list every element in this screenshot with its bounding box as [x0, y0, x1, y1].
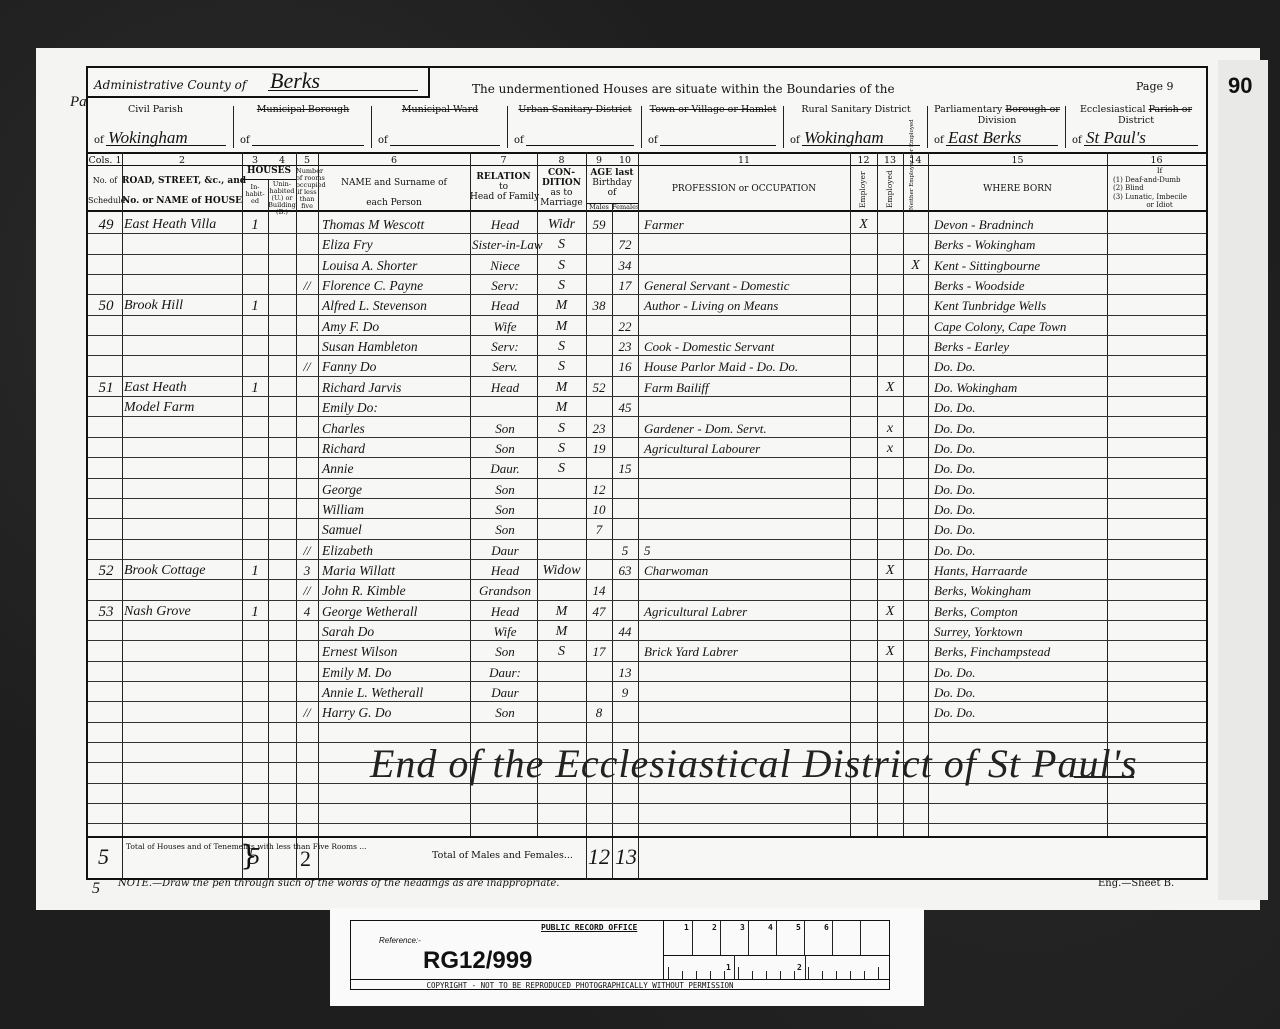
header-neither: Neither Employer nor Employed: [907, 168, 923, 210]
cell-occupation: [644, 316, 850, 336]
header-infirmity: If (1) Deaf-and-Dumb (2) Blind (3) Lunat…: [1107, 167, 1206, 210]
table-row: 51East Heath1Richard JarvisHeadM52Farm B…: [88, 377, 1206, 397]
cell-inhabited: [242, 662, 268, 682]
col-number: 8: [537, 155, 586, 166]
cell-age-f: 17: [612, 275, 638, 295]
cell-occupation: [644, 479, 850, 499]
cell-condition: S: [537, 255, 586, 275]
column-number-strip: Cols. 1 2 3 4 5 6 7 8 9 10 11 12 13 14 1…: [88, 152, 1206, 166]
cell-age-m: [586, 356, 612, 376]
cell-age-f: 22: [612, 316, 638, 336]
of-label: of: [790, 135, 800, 146]
cell-relation: Son: [472, 438, 538, 458]
ruler-cm-label: 1: [684, 923, 689, 932]
cell-born: Berks, Wokingham: [934, 580, 1107, 600]
header-rooms: Numberof roomsoccupiedif lessthanfive: [296, 168, 318, 210]
cell-relation: Son: [472, 479, 538, 499]
cell-infirmity: [1107, 621, 1206, 641]
cell-schedule: [90, 356, 122, 376]
cell-employer: [850, 275, 877, 295]
table-row: Amy F. DoWifeM22Cape Colony, Cape Town: [88, 316, 1206, 336]
of-label: of: [648, 135, 658, 146]
cell-relation: Serv:: [472, 275, 538, 295]
cell-inhabited: [242, 682, 268, 702]
cell-name: Richard: [322, 438, 472, 458]
ruler-tick: [724, 971, 725, 979]
cell-age-m: 38: [586, 295, 612, 315]
cell-name: Alfred L. Stevenson: [322, 295, 472, 315]
cell-uninhabited: [268, 397, 296, 417]
public-record-office-stamp: PUBLIC RECORD OFFICE Reference:- RG12/99…: [330, 908, 924, 1006]
ruler-cm-label: 6: [824, 923, 829, 932]
cell-neither: [903, 377, 928, 397]
cell-name: Florence C. Payne: [322, 275, 472, 295]
cell-address: East Heath: [124, 377, 242, 397]
cell-address: [124, 336, 242, 356]
cell-occupation: [644, 255, 850, 275]
cell-schedule: [90, 682, 122, 702]
header-employer: Employer: [858, 172, 868, 208]
cell-schedule: [90, 275, 122, 295]
cell-rooms: [296, 397, 318, 417]
cell-relation: Son: [472, 418, 538, 438]
cell-age-f: 44: [612, 621, 638, 641]
cell-rooms: [296, 682, 318, 702]
cell-uninhabited: [268, 255, 296, 275]
col-number: 14: [903, 155, 928, 166]
adjacent-page-edge: [1218, 60, 1268, 900]
cell-name: Annie: [322, 458, 472, 478]
cell-rooms: //: [296, 702, 318, 722]
cell-employed: [877, 214, 903, 234]
cell-employer: [850, 519, 877, 539]
cell-employed: [877, 356, 903, 376]
cell-occupation: [644, 702, 850, 722]
cell-occupation: [644, 519, 850, 539]
cell-condition: S: [537, 438, 586, 458]
district-label: Town or Village or Hamlet: [642, 104, 784, 115]
district-civil-parish: Civil Parish of Wokingham: [88, 100, 234, 152]
cell-relation: Serv:: [472, 336, 538, 356]
cell-infirmity: [1107, 336, 1206, 356]
cell-inhabited: [242, 336, 268, 356]
pro-title: PUBLIC RECORD OFFICE: [541, 923, 637, 932]
cell-inhabited: [242, 540, 268, 560]
cell-condition: [537, 479, 586, 499]
cell-address: [124, 499, 242, 519]
cell-infirmity: [1107, 418, 1206, 438]
cell-address: [124, 662, 242, 682]
district-ecclesiastical: Ecclesiastical Parish or District of St …: [1066, 100, 1206, 152]
cell-address: [124, 418, 242, 438]
table-row: Eliza FrySister-in-LawS72Berks - Wokingh…: [88, 234, 1206, 254]
of-label: of: [514, 135, 524, 146]
cell-relation: Daur.: [472, 458, 538, 478]
col-number: 4: [268, 155, 296, 166]
cell-rooms: 4: [296, 601, 318, 621]
header-relation: RELATIONtoHead of Family: [470, 172, 537, 202]
males-total: 12: [588, 844, 610, 870]
cell-condition: S: [537, 234, 586, 254]
header-where-born: WHERE BORN: [928, 184, 1107, 194]
cell-occupation: Author - Living on Means: [644, 295, 850, 315]
cell-condition: Widow: [537, 560, 586, 580]
cell-rooms: //: [296, 580, 318, 600]
cell-employed: [877, 295, 903, 315]
cell-employer: [850, 438, 877, 458]
cell-born: Do. Do.: [934, 397, 1107, 417]
cell-employed: [877, 255, 903, 275]
cell-inhabited: [242, 275, 268, 295]
ruler-tick: [710, 971, 711, 979]
cell-uninhabited: [268, 234, 296, 254]
cell-neither: [903, 662, 928, 682]
county-label: Administrative County of: [94, 78, 246, 92]
cell-inhabited: 1: [242, 560, 268, 580]
cell-born: Kent - Sittingbourne: [934, 255, 1107, 275]
copyright-notice: COPYRIGHT - NOT TO BE REPRODUCED PHOTOGR…: [351, 979, 889, 991]
cell-neither: [903, 275, 928, 295]
header-females: Females: [612, 203, 638, 211]
cell-age-f: 34: [612, 255, 638, 275]
col-number: Cols. 1: [88, 155, 122, 166]
district-label: Rural Sanitary District: [784, 104, 928, 115]
cell-age-m: [586, 662, 612, 682]
district-label-struck: Parish or: [1149, 104, 1192, 115]
cell-address: [124, 682, 242, 702]
cell-occupation: Agricultural Labrer: [644, 601, 850, 621]
cell-born: Berks - Wokingham: [934, 234, 1107, 254]
census-form: Administrative County of Berks The under…: [86, 66, 1208, 880]
cell-infirmity: [1107, 377, 1206, 397]
col-number: 9: [586, 155, 612, 166]
cell-inhabited: 1: [242, 214, 268, 234]
header-houses: HOUSES: [242, 166, 296, 180]
cell-relation: Serv.: [472, 356, 538, 376]
cell-inhabited: [242, 234, 268, 254]
cell-age-f: 23: [612, 336, 638, 356]
cell-address: [124, 255, 242, 275]
cell-employer: [850, 479, 877, 499]
cell-age-f: 16: [612, 356, 638, 376]
district-label-struck: Borough or: [1005, 104, 1060, 115]
ruler-tick: [766, 971, 767, 979]
cell-condition: M: [537, 316, 586, 336]
of-label: of: [1072, 135, 1082, 146]
cell-age-f: 15: [612, 458, 638, 478]
cell-occupation: [644, 662, 850, 682]
district-label: Municipal Borough: [234, 104, 372, 115]
cell-age-m: [586, 458, 612, 478]
cell-occupation: Cook - Domestic Servant: [644, 336, 850, 356]
cell-employed: X: [877, 377, 903, 397]
cell-relation: Son: [472, 641, 538, 661]
header-age: AGE lastBirthdayof: [586, 168, 638, 198]
cell-age-f: 5: [612, 540, 638, 560]
cell-neither: [903, 601, 928, 621]
cell-infirmity: [1107, 601, 1206, 621]
district-parliamentary: Parliamentary Borough or Division of Eas…: [928, 100, 1066, 152]
cell-born: Do. Do.: [934, 499, 1107, 519]
cell-address: [124, 479, 242, 499]
cell-rooms: [296, 336, 318, 356]
cell-schedule: [90, 580, 122, 600]
cell-age-f: [612, 214, 638, 234]
cell-employer: [850, 662, 877, 682]
cell-rooms: [296, 295, 318, 315]
cell-age-m: [586, 397, 612, 417]
cell-rooms: [296, 316, 318, 336]
cell-infirmity: [1107, 275, 1206, 295]
cell-age-f: [612, 438, 638, 458]
cell-uninhabited: [268, 479, 296, 499]
cell-name: Sarah Do: [322, 621, 472, 641]
cell-rooms: [296, 214, 318, 234]
schedule-total: 5: [98, 844, 109, 870]
cell-condition: [537, 702, 586, 722]
of-label: of: [240, 135, 250, 146]
district-label: Parliamentary: [934, 104, 1002, 115]
cell-infirmity: [1107, 397, 1206, 417]
cell-inhabited: [242, 255, 268, 275]
cell-schedule: [90, 621, 122, 641]
end-note-dash: [1074, 776, 1134, 778]
cell-uninhabited: [268, 275, 296, 295]
cell-born: Berks, Finchampstead: [934, 641, 1107, 661]
col-number: 16: [1107, 155, 1206, 166]
cell-rooms: [296, 377, 318, 397]
cell-age-f: 72: [612, 234, 638, 254]
table-row: //ElizabethDaur55Do. Do.: [88, 540, 1206, 560]
cell-neither: [903, 316, 928, 336]
ruler-cm-label: 3: [740, 923, 745, 932]
reference-label: Reference:-: [379, 936, 421, 945]
table-row: Sarah DoWifeM44Surrey, Yorktown: [88, 621, 1206, 641]
header-occupation: PROFESSION or OCCUPATION: [638, 184, 850, 194]
cell-age-m: [586, 316, 612, 336]
cell-born: Do. Do.: [934, 418, 1107, 438]
cell-age-m: [586, 540, 612, 560]
cell-rooms: [296, 519, 318, 539]
cell-infirmity: [1107, 641, 1206, 661]
rural-sanitary-value: Wokingham: [804, 128, 884, 148]
cell-occupation: [644, 397, 850, 417]
totals-row: 5 Total of Houses and of Tenements with …: [88, 836, 1206, 880]
cell-condition: M: [537, 397, 586, 417]
scale-ruler: 1 2 3 4 5 6 1 2: [663, 921, 889, 979]
cell-employed: X: [877, 641, 903, 661]
cell-employed: [877, 234, 903, 254]
cell-condition: S: [537, 336, 586, 356]
cell-name: Fanny Do: [322, 356, 472, 376]
ruler-cm-label: 4: [768, 923, 773, 932]
table-row: //Fanny DoServ.S16House Parlor Maid - Do…: [88, 356, 1206, 376]
cell-address: Brook Hill: [124, 295, 242, 315]
cell-neither: [903, 702, 928, 722]
cell-condition: M: [537, 621, 586, 641]
cell-age-m: 10: [586, 499, 612, 519]
cell-age-m: 47: [586, 601, 612, 621]
cell-condition: S: [537, 458, 586, 478]
table-row: WilliamSon10Do. Do.: [88, 499, 1206, 519]
cell-relation: Daur:: [472, 662, 538, 682]
cell-infirmity: [1107, 316, 1206, 336]
cell-name: Samuel: [322, 519, 472, 539]
cell-age-f: [612, 641, 638, 661]
cell-address: [124, 316, 242, 336]
cell-rooms: 3: [296, 560, 318, 580]
district-label: Municipal Ward: [372, 104, 508, 115]
cell-neither: [903, 641, 928, 661]
cell-employer: [850, 702, 877, 722]
cell-employer: [850, 580, 877, 600]
inhabited-total: 5: [248, 844, 260, 871]
cell-uninhabited: [268, 458, 296, 478]
margin-count-mark: 5: [92, 880, 100, 898]
civil-parish-value: Wokingham: [108, 128, 188, 148]
ruler-tick: [738, 967, 739, 979]
cell-name: Susan Hambleton: [322, 336, 472, 356]
cell-occupation: [644, 621, 850, 641]
cell-name: George: [322, 479, 472, 499]
table-row: AnnieDaur.S15Do. Do.: [88, 458, 1206, 478]
cell-condition: [537, 682, 586, 702]
cell-employer: [850, 397, 877, 417]
cell-employed: [877, 275, 903, 295]
cell-address: Brook Cottage: [124, 560, 242, 580]
cell-occupation: [644, 682, 850, 702]
cell-occupation: General Servant - Domestic: [644, 275, 850, 295]
cell-inhabited: [242, 580, 268, 600]
cell-neither: [903, 479, 928, 499]
cell-uninhabited: [268, 295, 296, 315]
cell-employed: [877, 519, 903, 539]
cell-occupation: 5: [644, 540, 850, 560]
cell-name: Louisa A. Shorter: [322, 255, 472, 275]
cell-occupation: Farmer: [644, 214, 850, 234]
rooms-total: 2: [300, 846, 311, 872]
cell-schedule: [90, 234, 122, 254]
cell-condition: [537, 499, 586, 519]
table-row: //Florence C. PayneServ:S17General Serva…: [88, 275, 1206, 295]
table-row: 49East Heath Villa1Thomas M WescottHeadW…: [88, 214, 1206, 234]
cell-born: Kent Tunbridge Wells: [934, 295, 1107, 315]
col-number: 13: [877, 155, 903, 166]
cell-name: Elizabeth: [322, 540, 472, 560]
cell-relation: Daur: [472, 682, 538, 702]
cell-inhabited: [242, 458, 268, 478]
cell-infirmity: [1107, 519, 1206, 539]
cell-name: William: [322, 499, 472, 519]
cell-schedule: [90, 479, 122, 499]
cell-age-f: [612, 499, 638, 519]
cell-age-f: 45: [612, 397, 638, 417]
cell-occupation: [644, 458, 850, 478]
cell-schedule: [90, 316, 122, 336]
cell-uninhabited: [268, 641, 296, 661]
ruler-tick: [864, 971, 865, 979]
cell-age-m: 59: [586, 214, 612, 234]
cell-address: [124, 438, 242, 458]
cell-inhabited: [242, 438, 268, 458]
cell-employed: [877, 499, 903, 519]
cell-born: Hants, Harraarde: [934, 560, 1107, 580]
col-number: 6: [318, 155, 470, 166]
cell-neither: [903, 560, 928, 580]
cell-schedule: [90, 519, 122, 539]
col-number: 3: [242, 155, 268, 166]
cell-neither: [903, 397, 928, 417]
cell-age-m: 19: [586, 438, 612, 458]
cell-born: Do. Do.: [934, 702, 1107, 722]
header-name: NAME and Surname ofeach Person: [318, 178, 470, 208]
cell-employer: [850, 601, 877, 621]
cell-condition: S: [537, 641, 586, 661]
cell-occupation: House Parlor Maid - Do. Do.: [644, 356, 850, 376]
ruler-tick: [822, 971, 823, 979]
of-label: of: [934, 135, 944, 146]
cell-relation: Son: [472, 499, 538, 519]
cell-employed: [877, 479, 903, 499]
boundary-statement: The undermentioned Houses are situate wi…: [472, 82, 895, 96]
cell-uninhabited: [268, 662, 296, 682]
table-row: Louisa A. ShorterNieceS34XKent - Sitting…: [88, 255, 1206, 275]
cell-age-m: 17: [586, 641, 612, 661]
cell-employed: [877, 540, 903, 560]
cell-rooms: [296, 418, 318, 438]
cell-schedule: [90, 438, 122, 458]
table-row: Ernest WilsonSonS17Brick Yard LabrerXBer…: [88, 641, 1206, 661]
cell-infirmity: [1107, 214, 1206, 234]
table-row: 53Nash Grove14George WetherallHeadM47Agr…: [88, 601, 1206, 621]
cell-schedule: [90, 336, 122, 356]
cell-name: Charles: [322, 418, 472, 438]
district-rural-sanitary: Rural Sanitary District of Wokingham: [784, 100, 928, 152]
cell-infirmity: [1107, 438, 1206, 458]
cell-rooms: //: [296, 356, 318, 376]
cell-employed: X: [877, 560, 903, 580]
cell-occupation: [644, 499, 850, 519]
cell-age-m: 8: [586, 702, 612, 722]
cell-age-f: [612, 601, 638, 621]
cell-address: [124, 540, 242, 560]
district-municipal-ward: Municipal Ward of: [372, 100, 508, 152]
cell-address: [124, 519, 242, 539]
cell-address: [124, 641, 242, 661]
cell-employer: [850, 458, 877, 478]
cell-born: Do. Do.: [934, 519, 1107, 539]
cell-infirmity: [1107, 499, 1206, 519]
cell-born: Cape Colony, Cape Town: [934, 316, 1107, 336]
cell-rooms: //: [296, 275, 318, 295]
cell-schedule: [90, 662, 122, 682]
table-row: GeorgeSon12Do. Do.: [88, 479, 1206, 499]
cell-relation: Head: [472, 560, 538, 580]
cell-born: Berks - Woodside: [934, 275, 1107, 295]
cell-rooms: [296, 458, 318, 478]
cell-employer: [850, 234, 877, 254]
cell-employed: [877, 682, 903, 702]
cell-born: Do. Do.: [934, 438, 1107, 458]
cell-employer: [850, 255, 877, 275]
of-label: of: [378, 135, 388, 146]
cell-address: [124, 580, 242, 600]
cell-name: George Wetherall: [322, 601, 472, 621]
cell-infirmity: [1107, 458, 1206, 478]
cell-born: Devon - Bradninch: [934, 214, 1107, 234]
ruler-inch-label: 2: [797, 963, 802, 972]
cell-schedule: [90, 702, 122, 722]
